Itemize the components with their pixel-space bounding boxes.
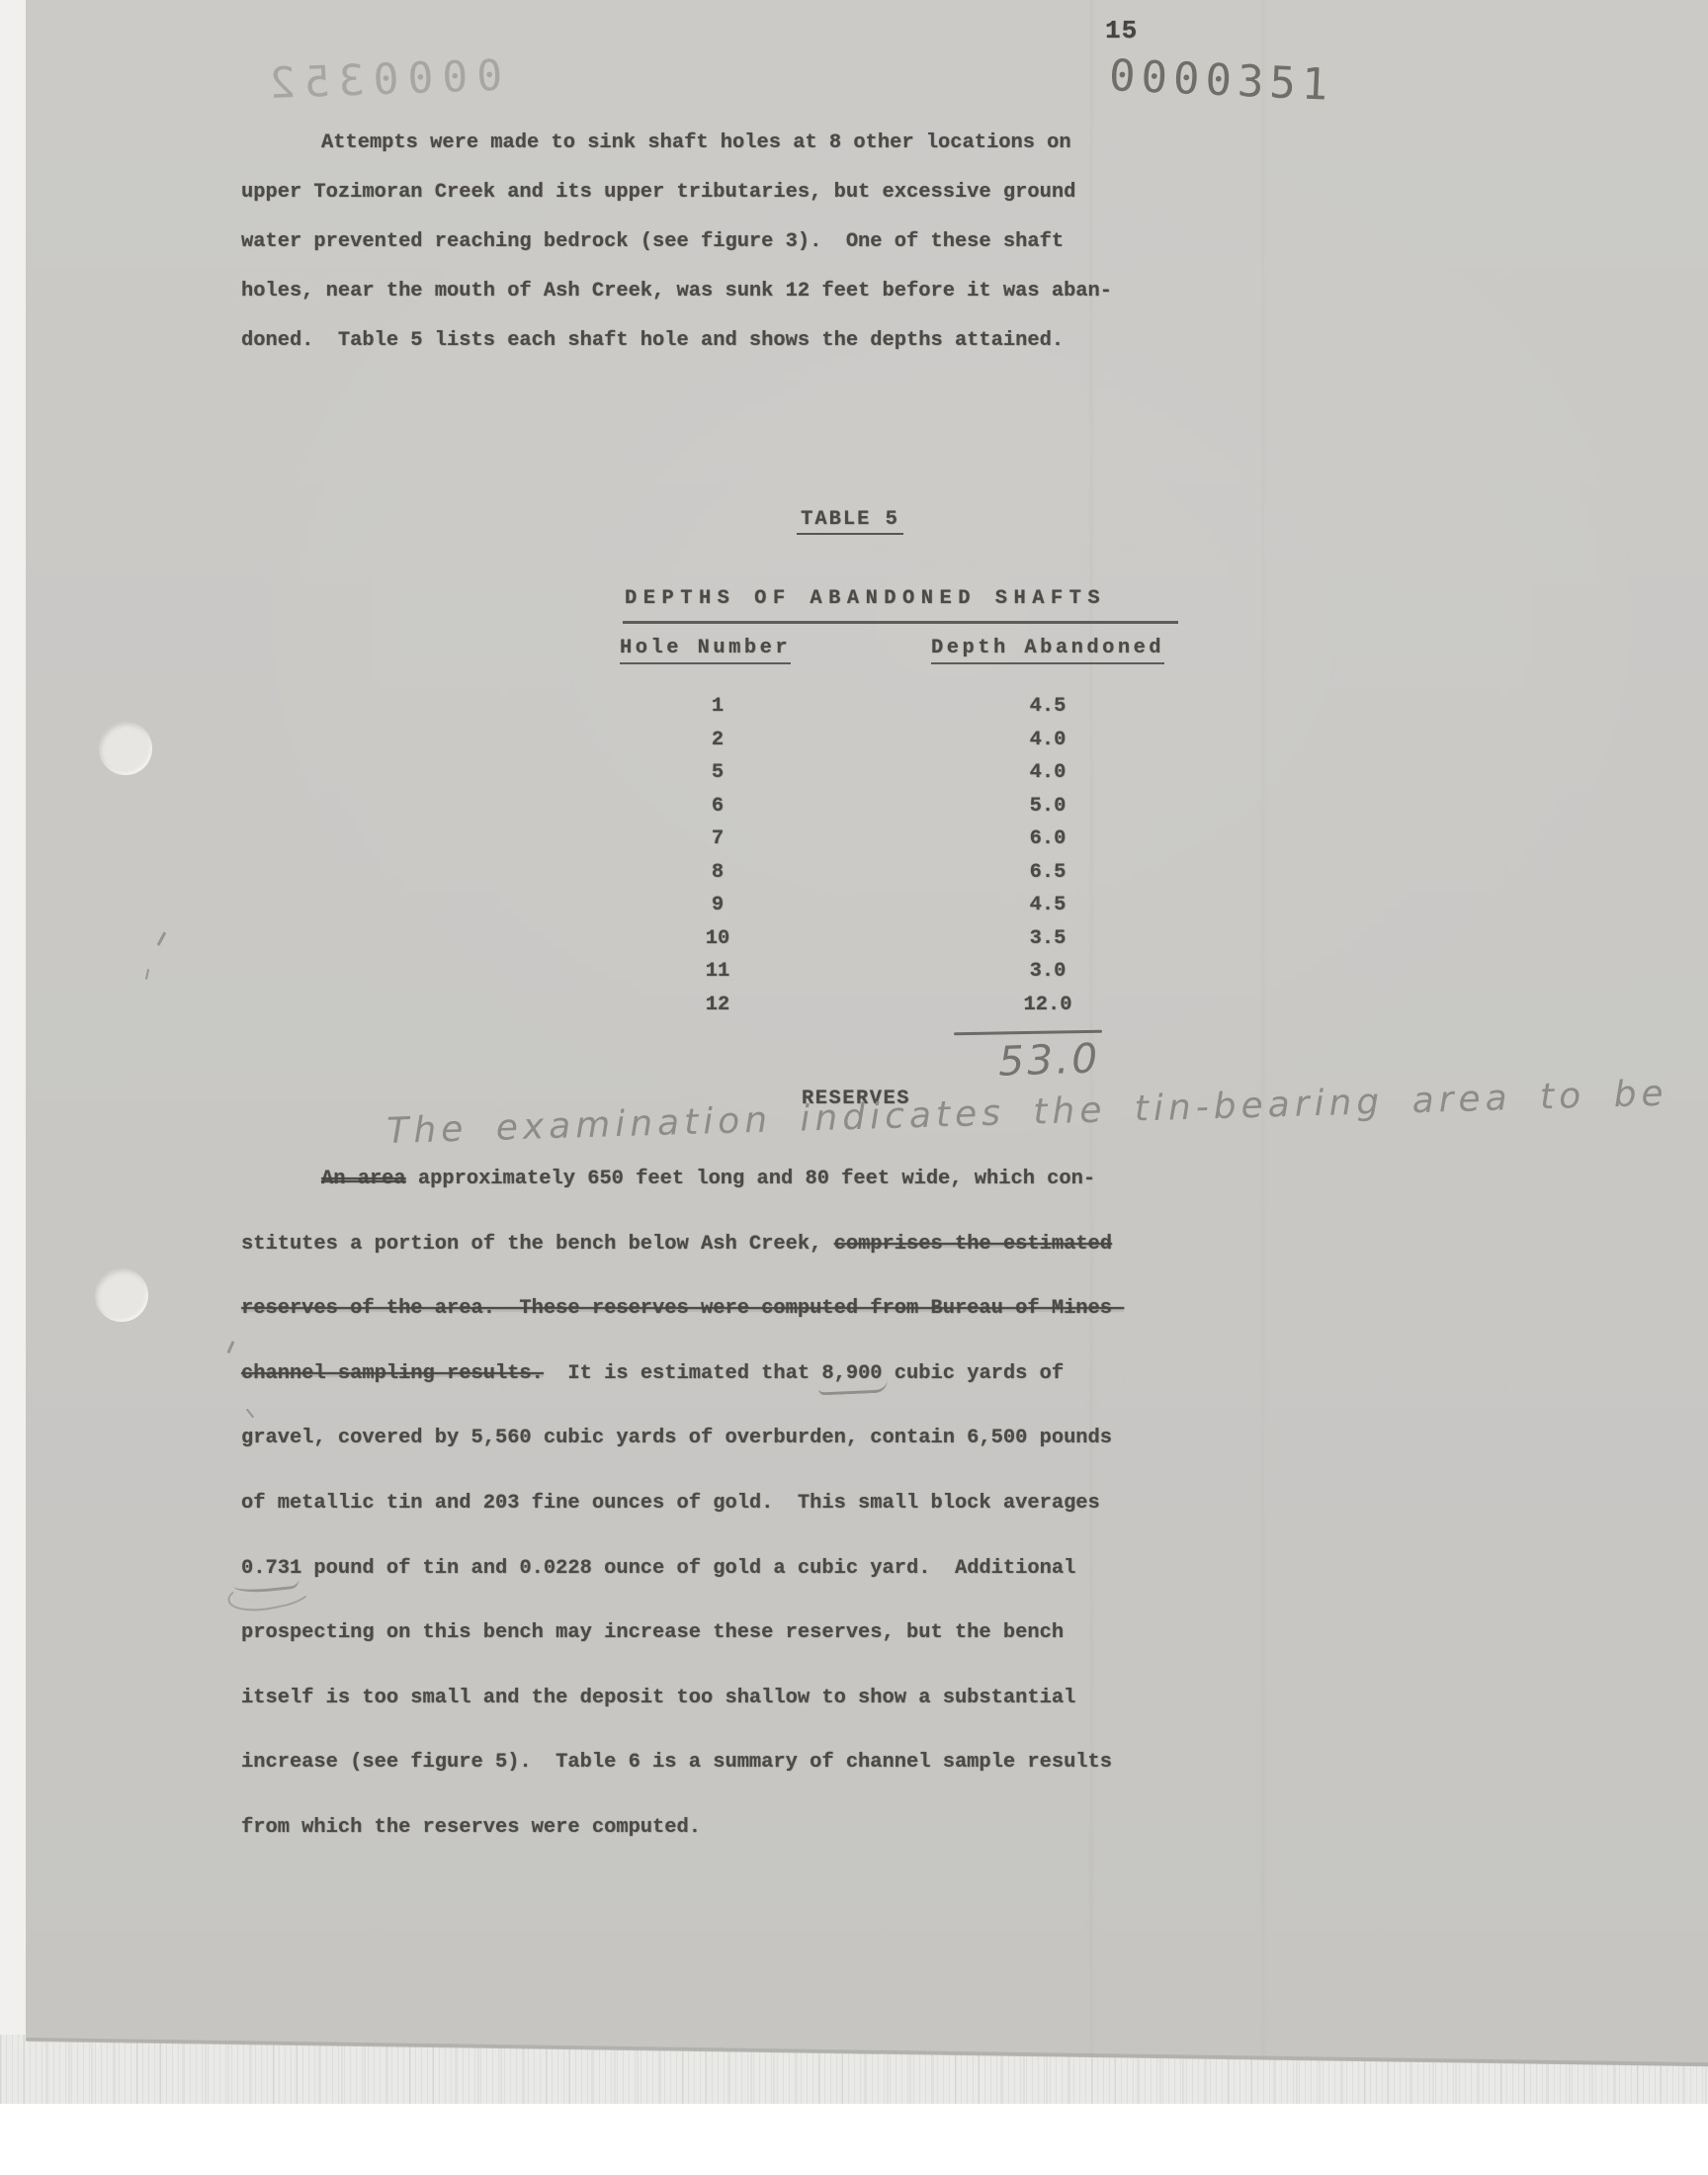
table-row: 65.0 [678, 790, 1107, 824]
hole-number-cell: 11 [678, 955, 757, 989]
text-line: An area approximately 650 feet long and … [241, 1147, 1124, 1212]
table-row: 54.0 [678, 756, 1107, 790]
depth-cell: 3.0 [988, 955, 1107, 989]
hole-number-cell: 6 [678, 790, 757, 824]
text-line: upper Tozimoran Creek and its upper trib… [241, 168, 1112, 217]
depth-cell: 4.5 [988, 889, 1107, 922]
table-row: 1212.0 [678, 989, 1107, 1022]
pencil-marked-text: 8,900 [821, 1362, 882, 1385]
typed-text: cubic yards of [883, 1362, 1065, 1385]
hole-number-cell: 10 [678, 922, 757, 956]
typed-text: increase (see figure 5). Table 6 is a su… [241, 1751, 1112, 1774]
table-heading-underline [623, 621, 1178, 624]
typed-text: itself is too small and the deposit too … [241, 1687, 1075, 1709]
typed-text: It is estimated that [544, 1362, 821, 1385]
text-line: holes, near the mouth of Ash Creek, was … [241, 267, 1112, 316]
table-row: 113.0 [678, 955, 1107, 989]
text-line: from which the reserves were computed. [241, 1795, 1124, 1861]
depth-cell: 4.0 [988, 756, 1107, 790]
hole-number-cell: 9 [678, 889, 757, 922]
hole-number-cell: 1 [678, 690, 757, 724]
text-line: reserves of the area. These reserves wer… [241, 1276, 1124, 1342]
typed-text: stitutes a portion of the bench below As… [241, 1233, 834, 1256]
table-row: 76.0 [678, 823, 1107, 856]
depth-cell: 4.0 [988, 724, 1107, 757]
text-line: 0.731 pound of tin and 0.0228 ounce of g… [241, 1536, 1124, 1602]
handwritten-total: 53.0 [997, 1034, 1101, 1086]
struck-text: reserves of the area. These reserves wer… [241, 1297, 1124, 1320]
typed-text: approximately 650 feet long and 80 feet … [406, 1168, 1095, 1190]
depth-cell: 6.0 [988, 823, 1107, 856]
page-number: 15 [1105, 16, 1138, 45]
hole-number-cell: 7 [678, 823, 757, 856]
punch-hole [95, 1268, 148, 1322]
table-row: 14.5 [678, 690, 1107, 724]
text-line: itself is too small and the deposit too … [241, 1666, 1124, 1731]
text-line: increase (see figure 5). Table 6 is a su… [241, 1730, 1124, 1795]
punch-hole [99, 722, 152, 775]
table-row: 103.5 [678, 922, 1107, 956]
table-heading: DEPTHS OF ABANDONED SHAFTS [625, 587, 1106, 610]
text-line: prospecting on this bench may increase t… [241, 1601, 1124, 1666]
table-row: 86.5 [678, 856, 1107, 890]
hole-number-cell: 12 [678, 989, 757, 1022]
hole-number-cell: 5 [678, 756, 757, 790]
text-line: water prevented reaching bedrock (see fi… [241, 217, 1112, 267]
intro-paragraph: Attempts were made to sink shaft holes a… [241, 119, 1112, 366]
text-line: stitutes a portion of the bench below As… [241, 1212, 1124, 1277]
struck-text: An area [321, 1168, 406, 1190]
struck-text: comprises the estimated [834, 1233, 1112, 1256]
text-line: gravel, covered by 5,560 cubic yards of … [241, 1406, 1124, 1471]
column-header-hole-number: Hole Number [620, 637, 791, 664]
text-line: Attempts were made to sink shaft holes a… [241, 119, 1112, 168]
typed-text: of metallic tin and 203 fine ounces of g… [241, 1492, 1100, 1515]
hole-number-cell: 8 [678, 856, 757, 890]
typed-text: from which the reserves were computed. [241, 1816, 701, 1839]
stamp-number: 0000351 [1108, 50, 1334, 111]
column-header-depth-abandoned: Depth Abandoned [931, 637, 1164, 664]
text-line: doned. Table 5 lists each shaft hole and… [241, 316, 1112, 366]
reserves-paragraph: An area approximately 650 feet long and … [241, 1147, 1124, 1861]
table-row: 24.0 [678, 724, 1107, 757]
text-line: channel sampling results. It is estimate… [241, 1342, 1124, 1407]
scanned-document-page: { "page": { "number": "15" }, "stamps": … [0, 0, 1708, 2175]
text-line: of metallic tin and 203 fine ounces of g… [241, 1471, 1124, 1536]
table-row: 94.5 [678, 889, 1107, 922]
table-title-text: TABLE 5 [797, 508, 903, 535]
scanner-margin-strip [0, 0, 27, 2104]
depth-cell: 4.5 [988, 690, 1107, 724]
hole-number-cell: 2 [678, 724, 757, 757]
bleed-through-stamp-number: 0000352 [260, 51, 503, 109]
typed-text: gravel, covered by 5,560 cubic yards of … [241, 1427, 1112, 1449]
depth-cell: 12.0 [988, 989, 1107, 1022]
typed-text: pound of tin and 0.0228 ounce of gold a … [301, 1557, 1075, 1580]
typed-text: prospecting on this bench may increase t… [241, 1621, 1064, 1644]
table-title: TABLE 5 [751, 508, 949, 535]
depth-cell: 5.0 [988, 790, 1107, 824]
struck-text: channel sampling results. [241, 1362, 544, 1385]
table-rows: 14.524.054.065.076.086.594.5103.5113.012… [678, 690, 1107, 1021]
depth-cell: 6.5 [988, 856, 1107, 890]
depth-cell: 3.5 [988, 922, 1107, 956]
